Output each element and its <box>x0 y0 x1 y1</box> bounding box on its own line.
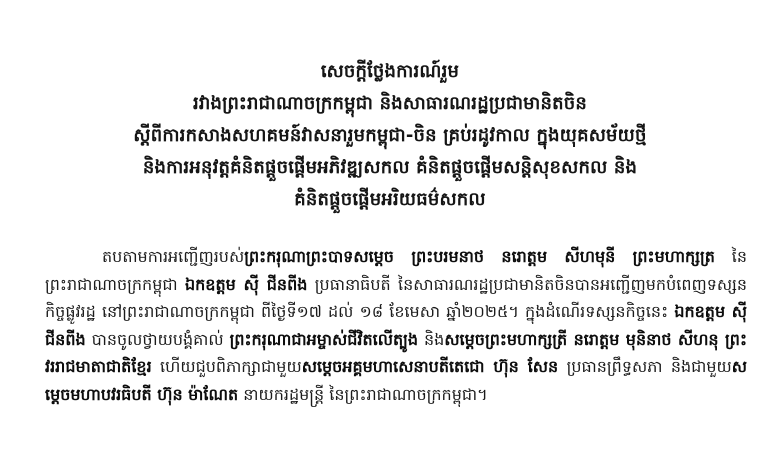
document-title-block: សេចក្តីថ្លែងការណ៍រួម រវាងព្រះរាជាណាចក្រក… <box>0 56 780 216</box>
title-line-5: គំនិតផ្តួចផ្តើមអរិយធម៌សកល <box>70 184 710 216</box>
bold-title-name-segment: ព្រះករុណាជាអម្ចាស់ជីវិតលើត្បូង <box>230 330 418 349</box>
title-line-2: រវាងព្រះរាជាណាចក្រកម្ពុជា និងសាធារណរដ្ឋប… <box>70 88 710 120</box>
title-line-4: និងការអនុវត្តគំនិតផ្តួចផ្តើមអភិវឌ្ឍសកល គ… <box>70 152 710 184</box>
title-line-1: សេចក្តីថ្លែងការណ៍រួម <box>70 56 710 88</box>
document-body: តបតាមការអញ្ជើញរបស់ព្រះករុណាព្រះបាទសម្តេច… <box>45 243 747 408</box>
body-paragraph: តបតាមការអញ្ជើញរបស់ព្រះករុណាព្រះបាទសម្តេច… <box>45 243 747 408</box>
text-segment: ហើយជួបពិភាក្សាជាមួយ <box>152 357 302 376</box>
text-segment: បានចូលថ្វាយបង្គំគាល់ <box>86 330 230 349</box>
text-segment: តបតាមការអញ្ជើញរបស់ <box>102 247 244 266</box>
bold-title-name-segment: ព្រះករុណាព្រះបាទសម្តេច ព្រះបរមនាថ នរោត្ត… <box>244 247 715 266</box>
title-line-3: ស្តីពីការកសាងសហគមន៍វាសនារួមកម្ពុជា-ចិន គ… <box>70 120 710 152</box>
bold-title-name-segment: ឯកឧត្តម ស៊ី ជីនពីង <box>185 275 307 294</box>
text-segment: នាយករដ្ឋមន្ត្រី នៃព្រះរាជាណាចក្រកម្ពុជា។ <box>238 385 487 404</box>
bold-title-name-segment: សម្តេចអគ្គមហាសេនាបតីតេជោ ហ៊ុន សែន <box>302 357 558 376</box>
text-segment: និង <box>418 330 444 349</box>
text-segment: ប្រធានព្រឹទ្ធសភា និងជាមួយ <box>558 357 732 376</box>
document-page: សេចក្តីថ្លែងការណ៍រួម រវាងព្រះរាជាណាចក្រក… <box>0 0 780 450</box>
